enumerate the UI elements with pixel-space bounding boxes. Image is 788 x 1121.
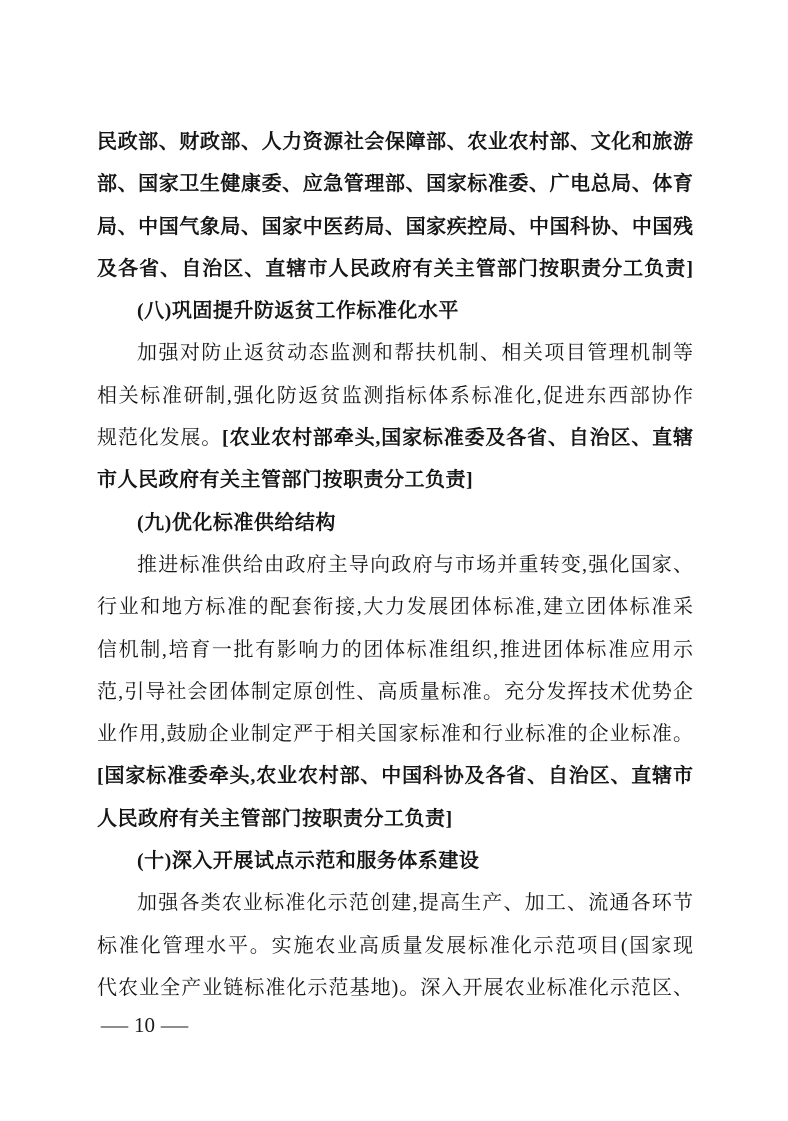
text-line: 业作用,鼓励企业制定严于相关国家标准和行业标准的企业标准。 (97, 713, 693, 755)
text-segment: [国家标准委牵头,农业农村部、中国科协及各省、自治区、直辖市 (97, 765, 693, 787)
page-number: 10 (134, 1011, 155, 1039)
text-line: 市人民政府有关主管部门按职责分工负责] (97, 459, 693, 501)
text-segment: 代农业全产业链标准化示范基地)。深入开展农业标准化示范区、 (97, 977, 693, 999)
text-line: 相关标准研制,强化防返贫监测指标体系标准化,促进东西部协作 (97, 375, 693, 417)
text-segment: 标准化管理水平。实施农业高质量发展标准化示范项目(国家现 (97, 935, 693, 957)
text-line: 规范化发展。[农业农村部牵头,国家标准委及各省、自治区、直辖 (97, 417, 693, 459)
text-segment: 加强对防止返贫动态监测和帮扶机制、相关项目管理机制等 (137, 342, 693, 364)
text-segment: [农业农村部牵头,国家标准委及各省、自治区、直辖 (222, 427, 693, 449)
text-segment: 民政部、财政部、人力资源社会保障部、农业农村部、文化和旅游 (97, 131, 693, 153)
text-segment: 加强各类农业标准化示范创建,提高生产、加工、流通各环节 (137, 892, 693, 914)
text-line: 加强对防止返贫动态监测和帮扶机制、相关项目管理机制等 (97, 332, 693, 374)
text-segment: 及各省、自治区、直辖市人民政府有关主管部门按职责分工负责] (97, 258, 693, 280)
text-segment: 规范化发展。 (97, 427, 222, 449)
text-line: 部、国家卫生健康委、应急管理部、国家标准委、广电总局、体育总 (97, 163, 693, 205)
text-line: 推进标准供给由政府主导向政府与市场并重转变,强化国家、 (97, 544, 693, 586)
text-line: [国家标准委牵头,农业农村部、中国科协及各省、自治区、直辖市 (97, 755, 693, 797)
text-line: 范,引导社会团体制定原创性、高质量标准。充分发挥技术优势企 (97, 671, 693, 713)
page-footer: — 10 — (104, 1011, 185, 1039)
text-line: 信机制,培育一批有影响力的团体标准组织,推进团体标准应用示 (97, 629, 693, 671)
footer-dash-left: — (101, 1011, 128, 1039)
text-segment: 范,引导社会团体制定原创性、高质量标准。充分发挥技术优势企 (97, 681, 693, 703)
text-segment: 推进标准供给由政府主导向政府与市场并重转变,强化国家、 (137, 554, 693, 576)
text-segment: (八)巩固提升防返贫工作标准化水平 (137, 300, 459, 322)
document-body: 民政部、财政部、人力资源社会保障部、农业农村部、文化和旅游部、国家卫生健康委、应… (97, 121, 693, 1009)
text-line: (九)优化标准供给结构 (97, 502, 693, 544)
text-segment: 部、国家卫生健康委、应急管理部、国家标准委、广电总局、体育总 (97, 173, 693, 205)
text-line: 行业和地方标准的配套衔接,大力发展团体标准,建立团体标准采 (97, 586, 693, 628)
text-segment: 业作用,鼓励企业制定严于相关国家标准和行业标准的企业标准。 (97, 723, 693, 745)
text-segment: 人民政府有关主管部门按职责分工负责] (97, 808, 453, 830)
footer-dash-right: — (161, 1011, 188, 1039)
text-segment: (九)优化标准供给结构 (137, 512, 336, 534)
text-segment: (十)深入开展试点示范和服务体系建设 (137, 850, 479, 872)
text-line: (十)深入开展试点示范和服务体系建设 (97, 840, 693, 882)
text-line: 民政部、财政部、人力资源社会保障部、农业农村部、文化和旅游 (97, 121, 693, 163)
text-segment: 局、中国气象局、国家中医药局、国家疾控局、中国科协、中国残联 (97, 216, 693, 248)
text-segment: 信机制,培育一批有影响力的团体标准组织,推进团体标准应用示 (97, 639, 693, 661)
text-line: 加强各类农业标准化示范创建,提高生产、加工、流通各环节 (97, 882, 693, 924)
text-line: 标准化管理水平。实施农业高质量发展标准化示范项目(国家现 (97, 925, 693, 967)
text-line: 代农业全产业链标准化示范基地)。深入开展农业标准化示范区、 (97, 967, 693, 1009)
text-segment: 市人民政府有关主管部门按职责分工负责] (97, 469, 473, 491)
text-line: (八)巩固提升防返贫工作标准化水平 (97, 290, 693, 332)
document-page: 民政部、财政部、人力资源社会保障部、农业农村部、文化和旅游部、国家卫生健康委、应… (0, 0, 788, 1121)
text-line: 局、中国气象局、国家中医药局、国家疾控局、中国科协、中国残联 (97, 206, 693, 248)
text-segment: 相关标准研制,强化防返贫监测指标体系标准化,促进东西部协作 (97, 385, 693, 407)
text-line: 及各省、自治区、直辖市人民政府有关主管部门按职责分工负责] (97, 248, 693, 290)
text-segment: 行业和地方标准的配套衔接,大力发展团体标准,建立团体标准采 (97, 596, 693, 618)
text-line: 人民政府有关主管部门按职责分工负责] (97, 798, 693, 840)
